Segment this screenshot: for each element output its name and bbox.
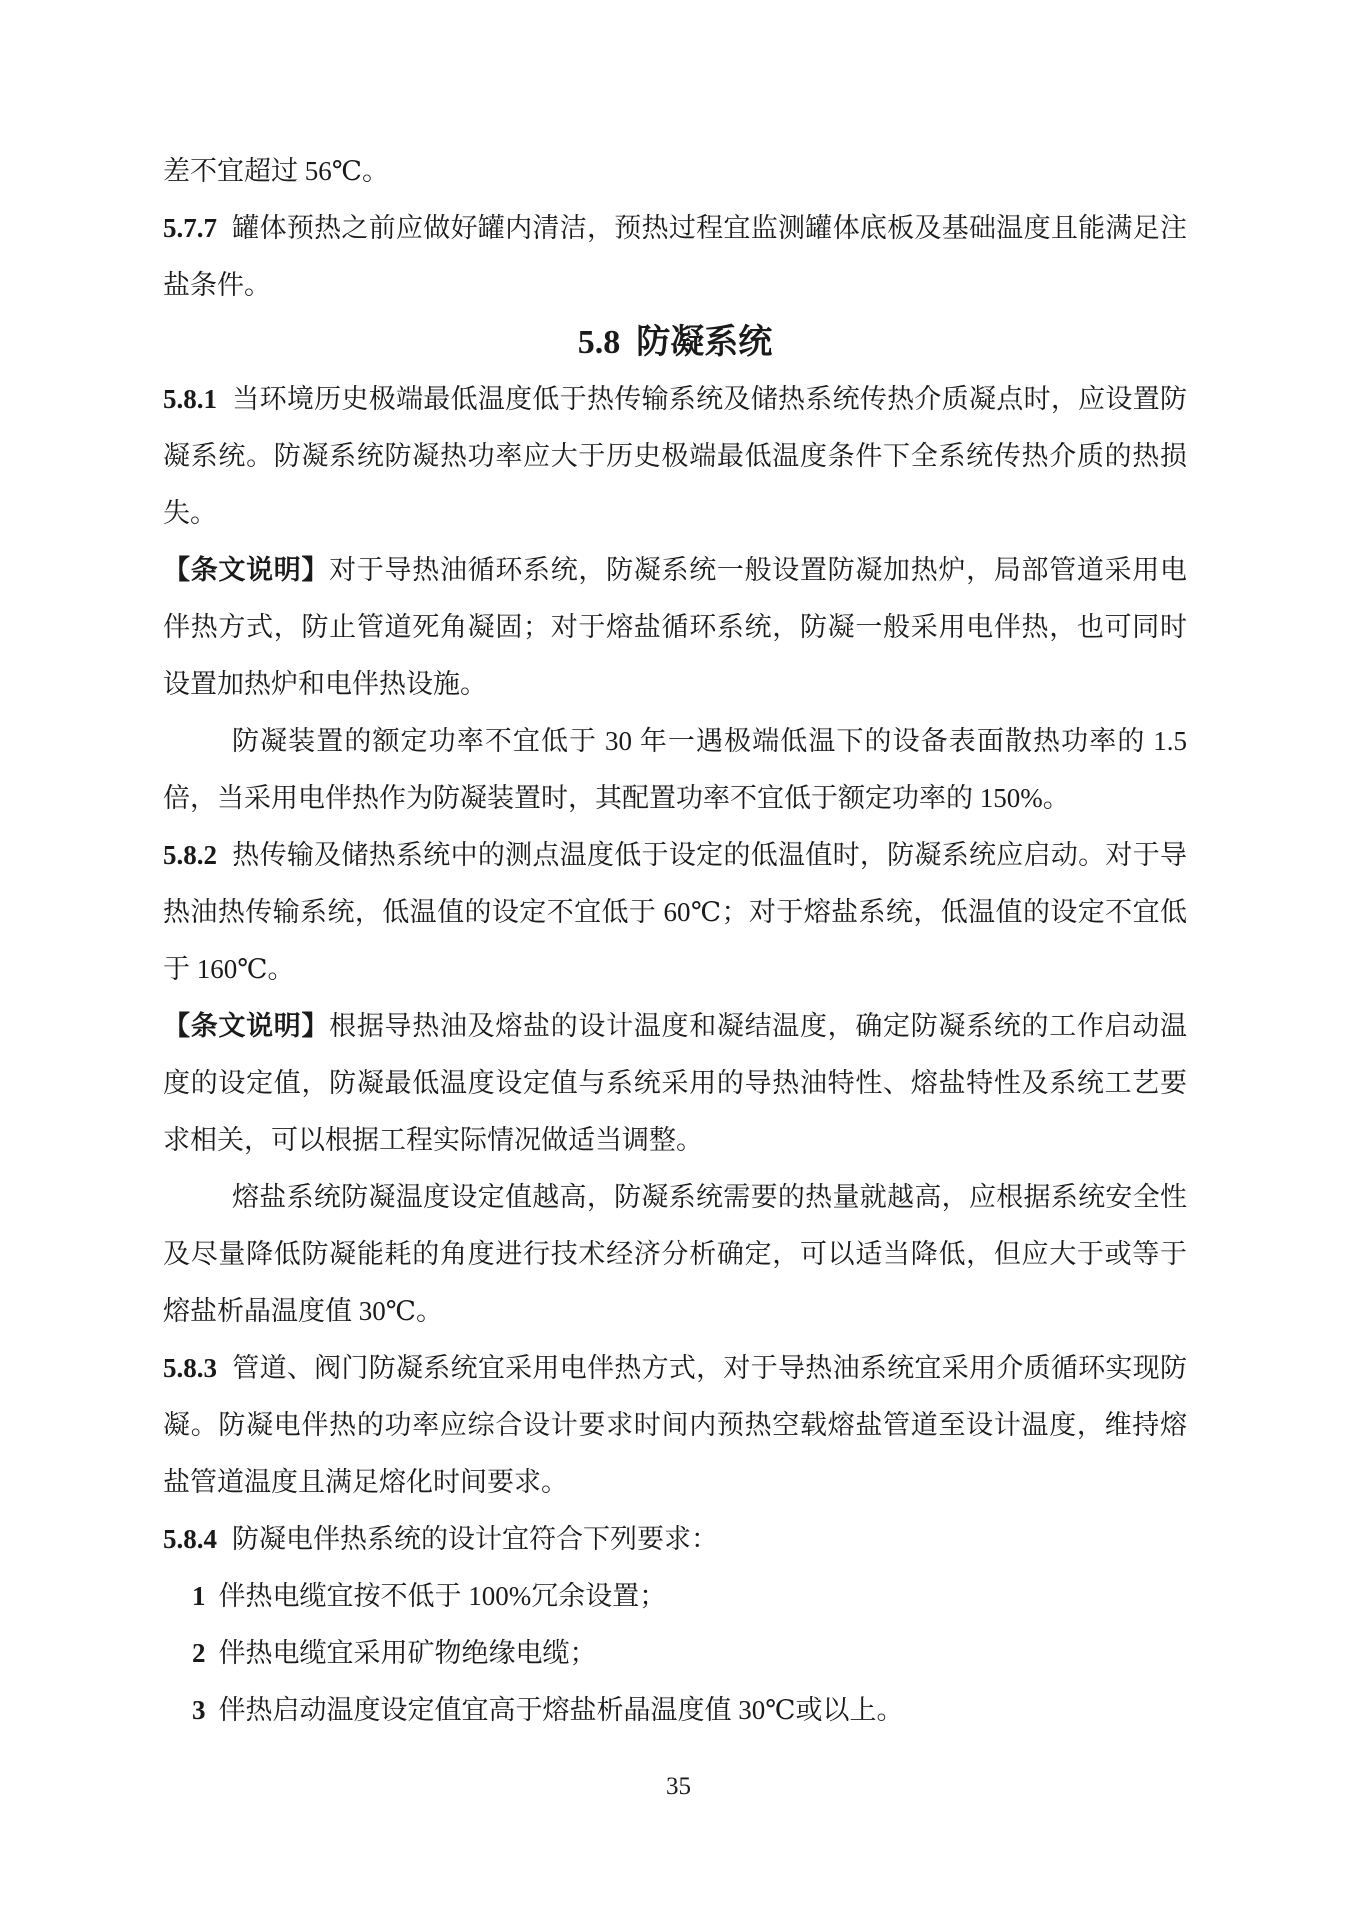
text-line: 倍，当采用电伴热作为防凝装置时，其配置功率不宜低于额定功率的 150%。 [163,770,1187,827]
section-heading-5-8: 5.8防凝系统 [163,314,1187,371]
text-line: 度的设定值，防凝最低温度设定值与系统采用的导热油特性、熔盐特性及系统工艺要 [163,1055,1187,1112]
commentary-5-8-1-cont: 防凝装置的额定功率不宜低于 30 年一遇极端低温下的设备表面散热功率的 1.5 … [163,713,1187,827]
clause-number: 5.8.1 [163,384,217,414]
line-text: 根据导热油及熔盐的设计温度和凝结温度，确定防凝系统的工作启动温 [329,1011,1187,1041]
text-line: 盐管道温度且满足熔化时间要求。 [163,1454,1187,1511]
heading-number: 5.8 [578,324,621,361]
text-line: 5.8.3管道、阀门防凝系统宜采用电伴热方式，对于导热油系统宜采用介质循环实现防 [163,1340,1187,1397]
clause-5-8-1: 5.8.1当环境历史极端最低温度低于热传输系统及储热系统传热介质凝点时，应设置防… [163,371,1187,542]
clause-5-8-2: 5.8.2热传输及储热系统中的测点温度低于设定的低温值时，防凝系统应启动。对于导… [163,827,1187,998]
item-number: 1 [192,1581,206,1611]
carryover-paragraph: 差不宜超过 56℃。 [163,143,1187,200]
clause-number: 5.7.7 [163,213,217,243]
commentary-label: 【条文说明】 [163,555,329,585]
text-line: 5.8.1当环境历史极端最低温度低于热传输系统及储热系统传热介质凝点时，应设置防 [163,371,1187,428]
text-line: 求相关，可以根据工程实际情况做适当调整。 [163,1112,1187,1169]
text-line: 凝。防凝电伴热的功率应综合设计要求时间内预热空载熔盐管道至设计温度，维持熔 [163,1397,1187,1454]
line-text: 对于导热油循环系统，防凝系统一般设置防凝加热炉，局部管道采用电 [329,555,1187,585]
item-number: 2 [192,1638,206,1668]
item-number: 3 [192,1695,206,1725]
commentary-5-8-2-cont: 熔盐系统防凝温度设定值越高，防凝系统需要的热量就越高，应根据系统安全性 及尽量降… [163,1169,1187,1340]
clause-number: 5.8.2 [163,840,217,870]
clause-number: 5.8.4 [163,1524,217,1554]
list-item-1: 1伴热电缆宜按不低于 100%冗余设置； [163,1568,1187,1625]
text-line: 差不宜超过 56℃。 [163,143,1187,200]
text-line: 熔盐析晶温度值 30℃。 [163,1283,1187,1340]
document-page: 差不宜超过 56℃。 5.7.7罐体预热之前应做好罐内清洁，预热过程宜监测罐体底… [0,0,1357,1920]
clause-5-8-3: 5.8.3管道、阀门防凝系统宜采用电伴热方式，对于导热油系统宜采用介质循环实现防… [163,1340,1187,1511]
text-line: 【条文说明】根据导热油及熔盐的设计温度和凝结温度，确定防凝系统的工作启动温 [163,998,1187,1055]
item-text: 伴热电缆宜按不低于 100%冗余设置； [219,1581,667,1611]
commentary-5-8-2: 【条文说明】根据导热油及熔盐的设计温度和凝结温度，确定防凝系统的工作启动温 度的… [163,998,1187,1169]
list-item-2: 2伴热电缆宜采用矿物绝缘电缆； [163,1625,1187,1682]
line-text: 罐体预热之前应做好罐内清洁，预热过程宜监测罐体底板及基础温度且能满足注 [232,213,1187,243]
clause-5-8-4: 5.8.4防凝电伴热系统的设计宜符合下列要求： [163,1511,1187,1568]
line-text: 防凝电伴热系统的设计宜符合下列要求： [232,1524,718,1554]
text-line: 5.7.7罐体预热之前应做好罐内清洁，预热过程宜监测罐体底板及基础温度且能满足注 [163,200,1187,257]
text-line: 凝系统。防凝系统防凝热功率应大于历史极端最低温度条件下全系统传热介质的热损 [163,428,1187,485]
line-text: 当环境历史极端最低温度低于热传输系统及储热系统传热介质凝点时，应设置防 [232,384,1187,414]
text-line: 及尽量降低防凝能耗的角度进行技术经济分析确定，可以适当降低，但应大于或等于 [163,1226,1187,1283]
text-line: 5.8.4防凝电伴热系统的设计宜符合下列要求： [163,1511,1187,1568]
list-item-3: 3伴热启动温度设定值宜高于熔盐析晶温度值 30℃或以上。 [163,1682,1187,1739]
clause-number: 5.8.3 [163,1353,217,1383]
text-line: 5.8.2热传输及储热系统中的测点温度低于设定的低温值时，防凝系统应启动。对于导 [163,827,1187,884]
heading-title: 防凝系统 [636,324,772,361]
text-line: 防凝装置的额定功率不宜低于 30 年一遇极端低温下的设备表面散热功率的 1.5 [163,713,1187,770]
page-content: 差不宜超过 56℃。 5.7.7罐体预热之前应做好罐内清洁，预热过程宜监测罐体底… [163,143,1187,1739]
clause-5-7-7: 5.7.7罐体预热之前应做好罐内清洁，预热过程宜监测罐体底板及基础温度且能满足注… [163,200,1187,314]
item-text: 伴热启动温度设定值宜高于熔盐析晶温度值 30℃或以上。 [219,1695,904,1725]
line-text: 热传输及储热系统中的测点温度低于设定的低温值时，防凝系统应启动。对于导 [232,840,1187,870]
line-text: 管道、阀门防凝系统宜采用电伴热方式，对于导热油系统宜采用介质循环实现防 [232,1353,1187,1383]
text-line: 【条文说明】对于导热油循环系统，防凝系统一般设置防凝加热炉，局部管道采用电 [163,542,1187,599]
text-line: 失。 [163,485,1187,542]
requirement-list: 1伴热电缆宜按不低于 100%冗余设置； 2伴热电缆宜采用矿物绝缘电缆； 3伴热… [163,1568,1187,1739]
text-line: 设置加热炉和电伴热设施。 [163,656,1187,713]
item-text: 伴热电缆宜采用矿物绝缘电缆； [219,1638,597,1668]
text-line: 盐条件。 [163,257,1187,314]
text-line: 熔盐系统防凝温度设定值越高，防凝系统需要的热量就越高，应根据系统安全性 [163,1169,1187,1226]
text-line: 热油热传输系统，低温值的设定不宜低于 60℃；对于熔盐系统，低温值的设定不宜低 [163,884,1187,941]
commentary-label: 【条文说明】 [163,1011,329,1041]
text-line: 伴热方式，防止管道死角凝固；对于熔盐循环系统，防凝一般采用电伴热，也可同时 [163,599,1187,656]
page-number: 35 [0,1772,1357,1802]
commentary-5-8-1: 【条文说明】对于导热油循环系统，防凝系统一般设置防凝加热炉，局部管道采用电 伴热… [163,542,1187,713]
text-line: 于 160℃。 [163,941,1187,998]
